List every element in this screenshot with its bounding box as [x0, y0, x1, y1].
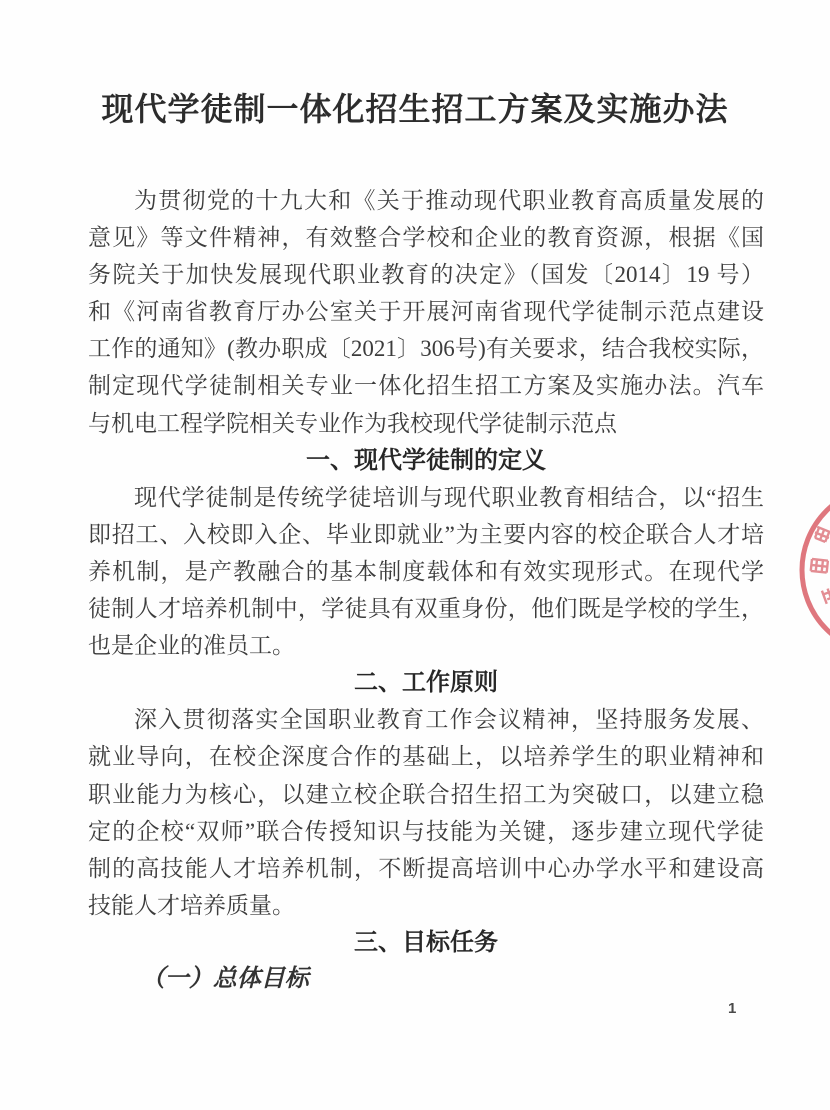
section-heading-goals: 三、目标任务 [88, 924, 764, 961]
paragraph-line: 现代学徒制是传统学徒培训与现代职业教育相结合，以“招生 [88, 479, 764, 516]
paragraph-line: 养机制，是产教融合的基本制度载体和有效实现形式。在现代学 [88, 553, 764, 590]
paragraph-line: 技能人才培养质量。 [88, 887, 764, 924]
section-heading-principles: 二、工作原则 [88, 664, 764, 701]
official-seal-stamp [794, 477, 830, 667]
paragraph-line: 意见》等文件精神，有效整合学校和企业的教育资源，根据《国 [88, 219, 764, 256]
subsection-heading-overall-goal: （一）总体目标 [88, 961, 764, 998]
page-number: 1 [728, 1000, 736, 1017]
paragraph-line: 即招工、入校即入企、毕业即就业”为主要内容的校企联合人才培 [88, 516, 764, 553]
section-heading-definition: 一、现代学徒制的定义 [88, 442, 764, 479]
paragraph-line: 和《河南省教育厅办公室关于开展河南省现代学徒制示范点建设 [88, 293, 764, 330]
paragraph-line: 就业导向，在校企深度合作的基础上，以培养学生的职业精神和 [88, 738, 764, 775]
seal-character-marks [811, 527, 830, 604]
document-body: 为贯彻党的十九大和《关于推动现代职业教育高质量发展的 意见》等文件精神，有效整合… [88, 182, 764, 998]
paragraph-line: 职业能力为核心，以建立校企联合招生招工为突破口，以建立稳 [88, 776, 764, 813]
paragraph-line: 也是企业的准员工。 [88, 627, 764, 664]
paragraph-line: 制的高技能人才培养机制，不断提高培训中心办学水平和建设高 [88, 850, 764, 887]
paragraph-line: 务院关于加快发展现代职业教育的决定》（国发〔2014〕19 号） [88, 256, 764, 293]
document-title: 现代学徒制一体化招生招工方案及实施办法 [0, 84, 830, 130]
paragraph-line: 制定现代学徒制相关专业一体化招生招工方案及实施办法。汽车 [88, 367, 764, 404]
paragraph-line: 工作的通知》(教办职成〔2021〕306号)有关要求，结合我校实际， [88, 330, 764, 367]
paragraph-line: 徒制人才培养机制中，学徒具有双重身份，他们既是学校的学生， [88, 590, 764, 627]
paragraph-line: 与机电工程学院相关专业作为我校现代学徒制示范点 [88, 405, 764, 442]
paragraph-line: 为贯彻党的十九大和《关于推动现代职业教育高质量发展的 [88, 182, 764, 219]
document-page: 现代学徒制一体化招生招工方案及实施办法 为贯彻党的十九大和《关于推动现代职业教育… [0, 0, 830, 1110]
paragraph-line: 深入贯彻落实全国职业教育工作会议精神，坚持服务发展、 [88, 701, 764, 738]
paragraph-line: 定的企校“双师”联合传授知识与技能为关键，逐步建立现代学徒 [88, 813, 764, 850]
